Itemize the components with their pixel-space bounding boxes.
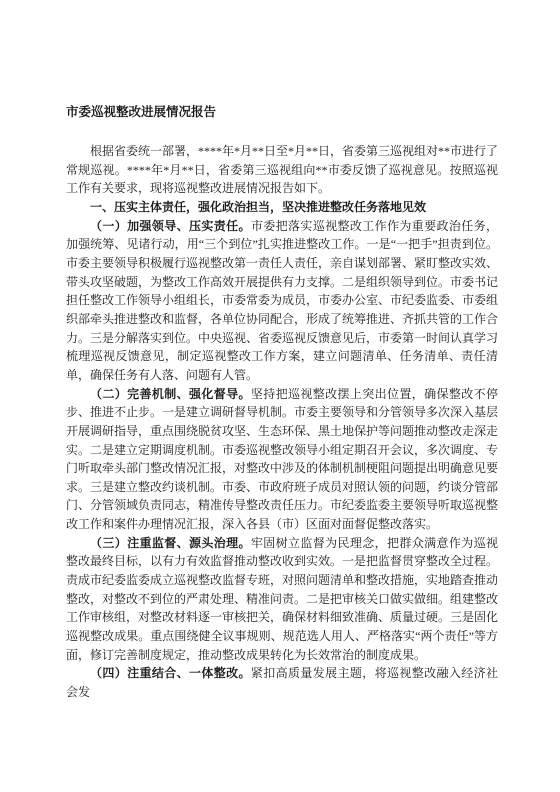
subsection-paragraph-4-lead: （四）注重结合、一体整改。 (90, 666, 251, 680)
subsection-paragraph-1: （一）加强领导、压实责任。市委把落实巡视整改工作作为重要政治任务，加强统筹、见诸… (66, 217, 498, 385)
subsection-paragraph-2: （二）完善机制、强化督导。坚持把巡视整改摆上突出位置，确保整改不停步、推进不止步… (66, 385, 498, 534)
subsection-paragraph-3-lead: （三）注重监督、源头治理。 (90, 536, 251, 550)
intro-paragraph-text: 根据省委统一部署，****年*月**日至*月**日，省委第三巡视组对**市进行了… (66, 144, 498, 195)
document-page: 市委巡视整改进展情况报告 根据省委统一部署，****年*月**日至*月**日，省… (0, 0, 560, 792)
document-content: 市委巡视整改进展情况报告 根据省委统一部署，****年*月**日至*月**日，省… (66, 103, 498, 702)
subsection-paragraph-3-text: 牢固树立监督为民理念，把群众满意作为巡视整改最终目标，以有力有效监督推动整改收到… (66, 536, 498, 662)
section-heading-1: 一、压实主体责任，强化政治担当，坚决推进整改任务落地见效 (66, 198, 498, 217)
subsection-paragraph-1-lead: （一）加强领导、压实责任。 (90, 219, 251, 233)
subsection-paragraph-1-text: 市委把落实巡视整改工作作为重要政治任务，加强统筹、见诸行动，用“三个到位”扎实推… (66, 219, 498, 382)
section-heading-1-label: 一、压实主体责任，强化政治担当，坚决推进整改任务落地见效 (90, 200, 426, 214)
document-title: 市委巡视整改进展情况报告 (66, 103, 498, 122)
subsection-paragraph-2-lead: （二）完善机制、强化督导。 (90, 387, 251, 401)
intro-paragraph: 根据省委统一部署，****年*月**日至*月**日，省委第三巡视组对**市进行了… (66, 142, 498, 198)
subsection-paragraph-2-text: 坚持把巡视整改摆上突出位置，确保整改不停步、推进不止步。一是建立调研督导机制。市… (66, 387, 498, 532)
subsection-paragraph-4: （四）注重结合、一体整改。紧扣高质量发展主题，将巡视整改融入经济社会发 (66, 664, 498, 701)
subsection-paragraph-3: （三）注重监督、源头治理。牢固树立监督为民理念，把群众满意作为巡视整改最终目标，… (66, 534, 498, 665)
